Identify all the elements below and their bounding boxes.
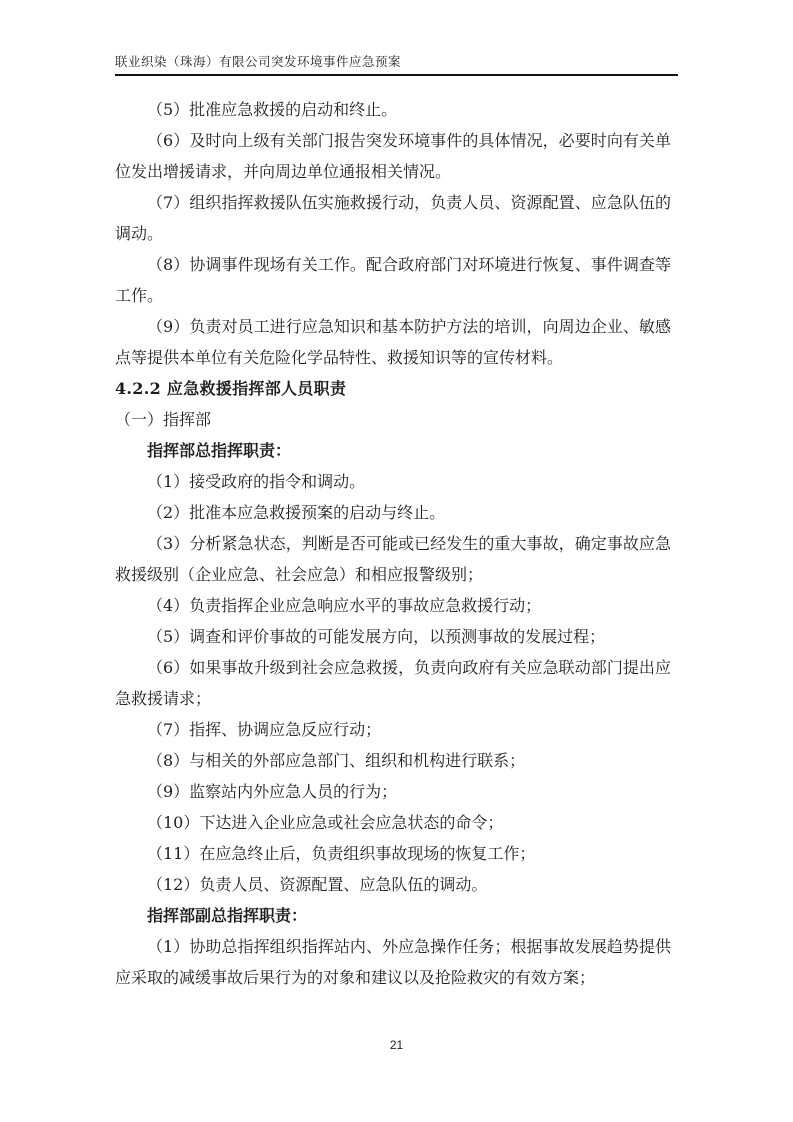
duty-item-3: （3）分析紧急状态，判断是否可能或已经发生的重大事故，确定事故应急救援级别（企业… <box>115 528 671 590</box>
document-page: 联业织染（珠海）有限公司突发环境事件应急预案 （5）批准应急救援的启动和终止。 … <box>0 0 793 1122</box>
duty-item-4: （4）负责指挥企业应急响应水平的事故应急救援行动； <box>115 590 671 621</box>
duty-item-12: （12）负责人员、资源配置、应急队伍的调动。 <box>115 869 671 900</box>
duty-item-8: （8）与相关的外部应急部门、组织和机构进行联系； <box>115 745 671 776</box>
section-heading-4-2-2: 4.2.2 应急救援指挥部人员职责 <box>115 373 671 404</box>
page-number: 21 <box>390 1038 403 1052</box>
sub-item-command-dept: （一）指挥部 <box>115 404 671 435</box>
paragraph-item-6: （6）及时向上级有关部门报告突发环境事件的具体情况，必要时向有关单位发出增援请求… <box>115 125 671 187</box>
page-header: 联业织染（珠海）有限公司突发环境事件应急预案 <box>115 53 678 76</box>
page-footer: 21 <box>0 1038 793 1052</box>
bold-label-chief-commander-duties: 指挥部总指挥职责： <box>115 435 671 466</box>
duty-item-6: （6）如果事故升级到社会应急救援，负责向政府有关应急联动部门提出应急救援请求； <box>115 652 671 714</box>
deputy-duty-item-1: （1）协助总指挥组织指挥站内、外应急操作任务；根据事故发展趋势提供应采取的减缓事… <box>115 931 671 993</box>
paragraph-item-9: （9）负责对员工进行应急知识和基本防护方法的培训，向周边企业、敏感点等提供本单位… <box>115 311 671 373</box>
document-body: （5）批准应急救援的启动和终止。 （6）及时向上级有关部门报告突发环境事件的具体… <box>115 94 671 993</box>
duty-item-2: （2）批准本应急救援预案的启动与终止。 <box>115 497 671 528</box>
bold-label-deputy-chief-commander-duties: 指挥部副总指挥职责： <box>115 900 671 931</box>
duty-item-7: （7）指挥、协调应急反应行动； <box>115 714 671 745</box>
paragraph-item-8: （8）协调事件现场有关工作。配合政府部门对环境进行恢复、事件调查等工作。 <box>115 249 671 311</box>
duty-item-9: （9）监察站内外应急人员的行为； <box>115 776 671 807</box>
paragraph-item-7: （7）组织指挥救援队伍实施救援行动，负责人员、资源配置、应急队伍的调动。 <box>115 187 671 249</box>
header-title: 联业织染（珠海）有限公司突发环境事件应急预案 <box>115 54 401 69</box>
duty-item-11: （11）在应急终止后，负责组织事故现场的恢复工作； <box>115 838 671 869</box>
paragraph-item-5: （5）批准应急救援的启动和终止。 <box>115 94 671 125</box>
duty-item-10: （10）下达进入企业应急或社会应急状态的命令； <box>115 807 671 838</box>
duty-item-1: （1）接受政府的指令和调动。 <box>115 466 671 497</box>
duty-item-5: （5）调查和评价事故的可能发展方向，以预测事故的发展过程； <box>115 621 671 652</box>
